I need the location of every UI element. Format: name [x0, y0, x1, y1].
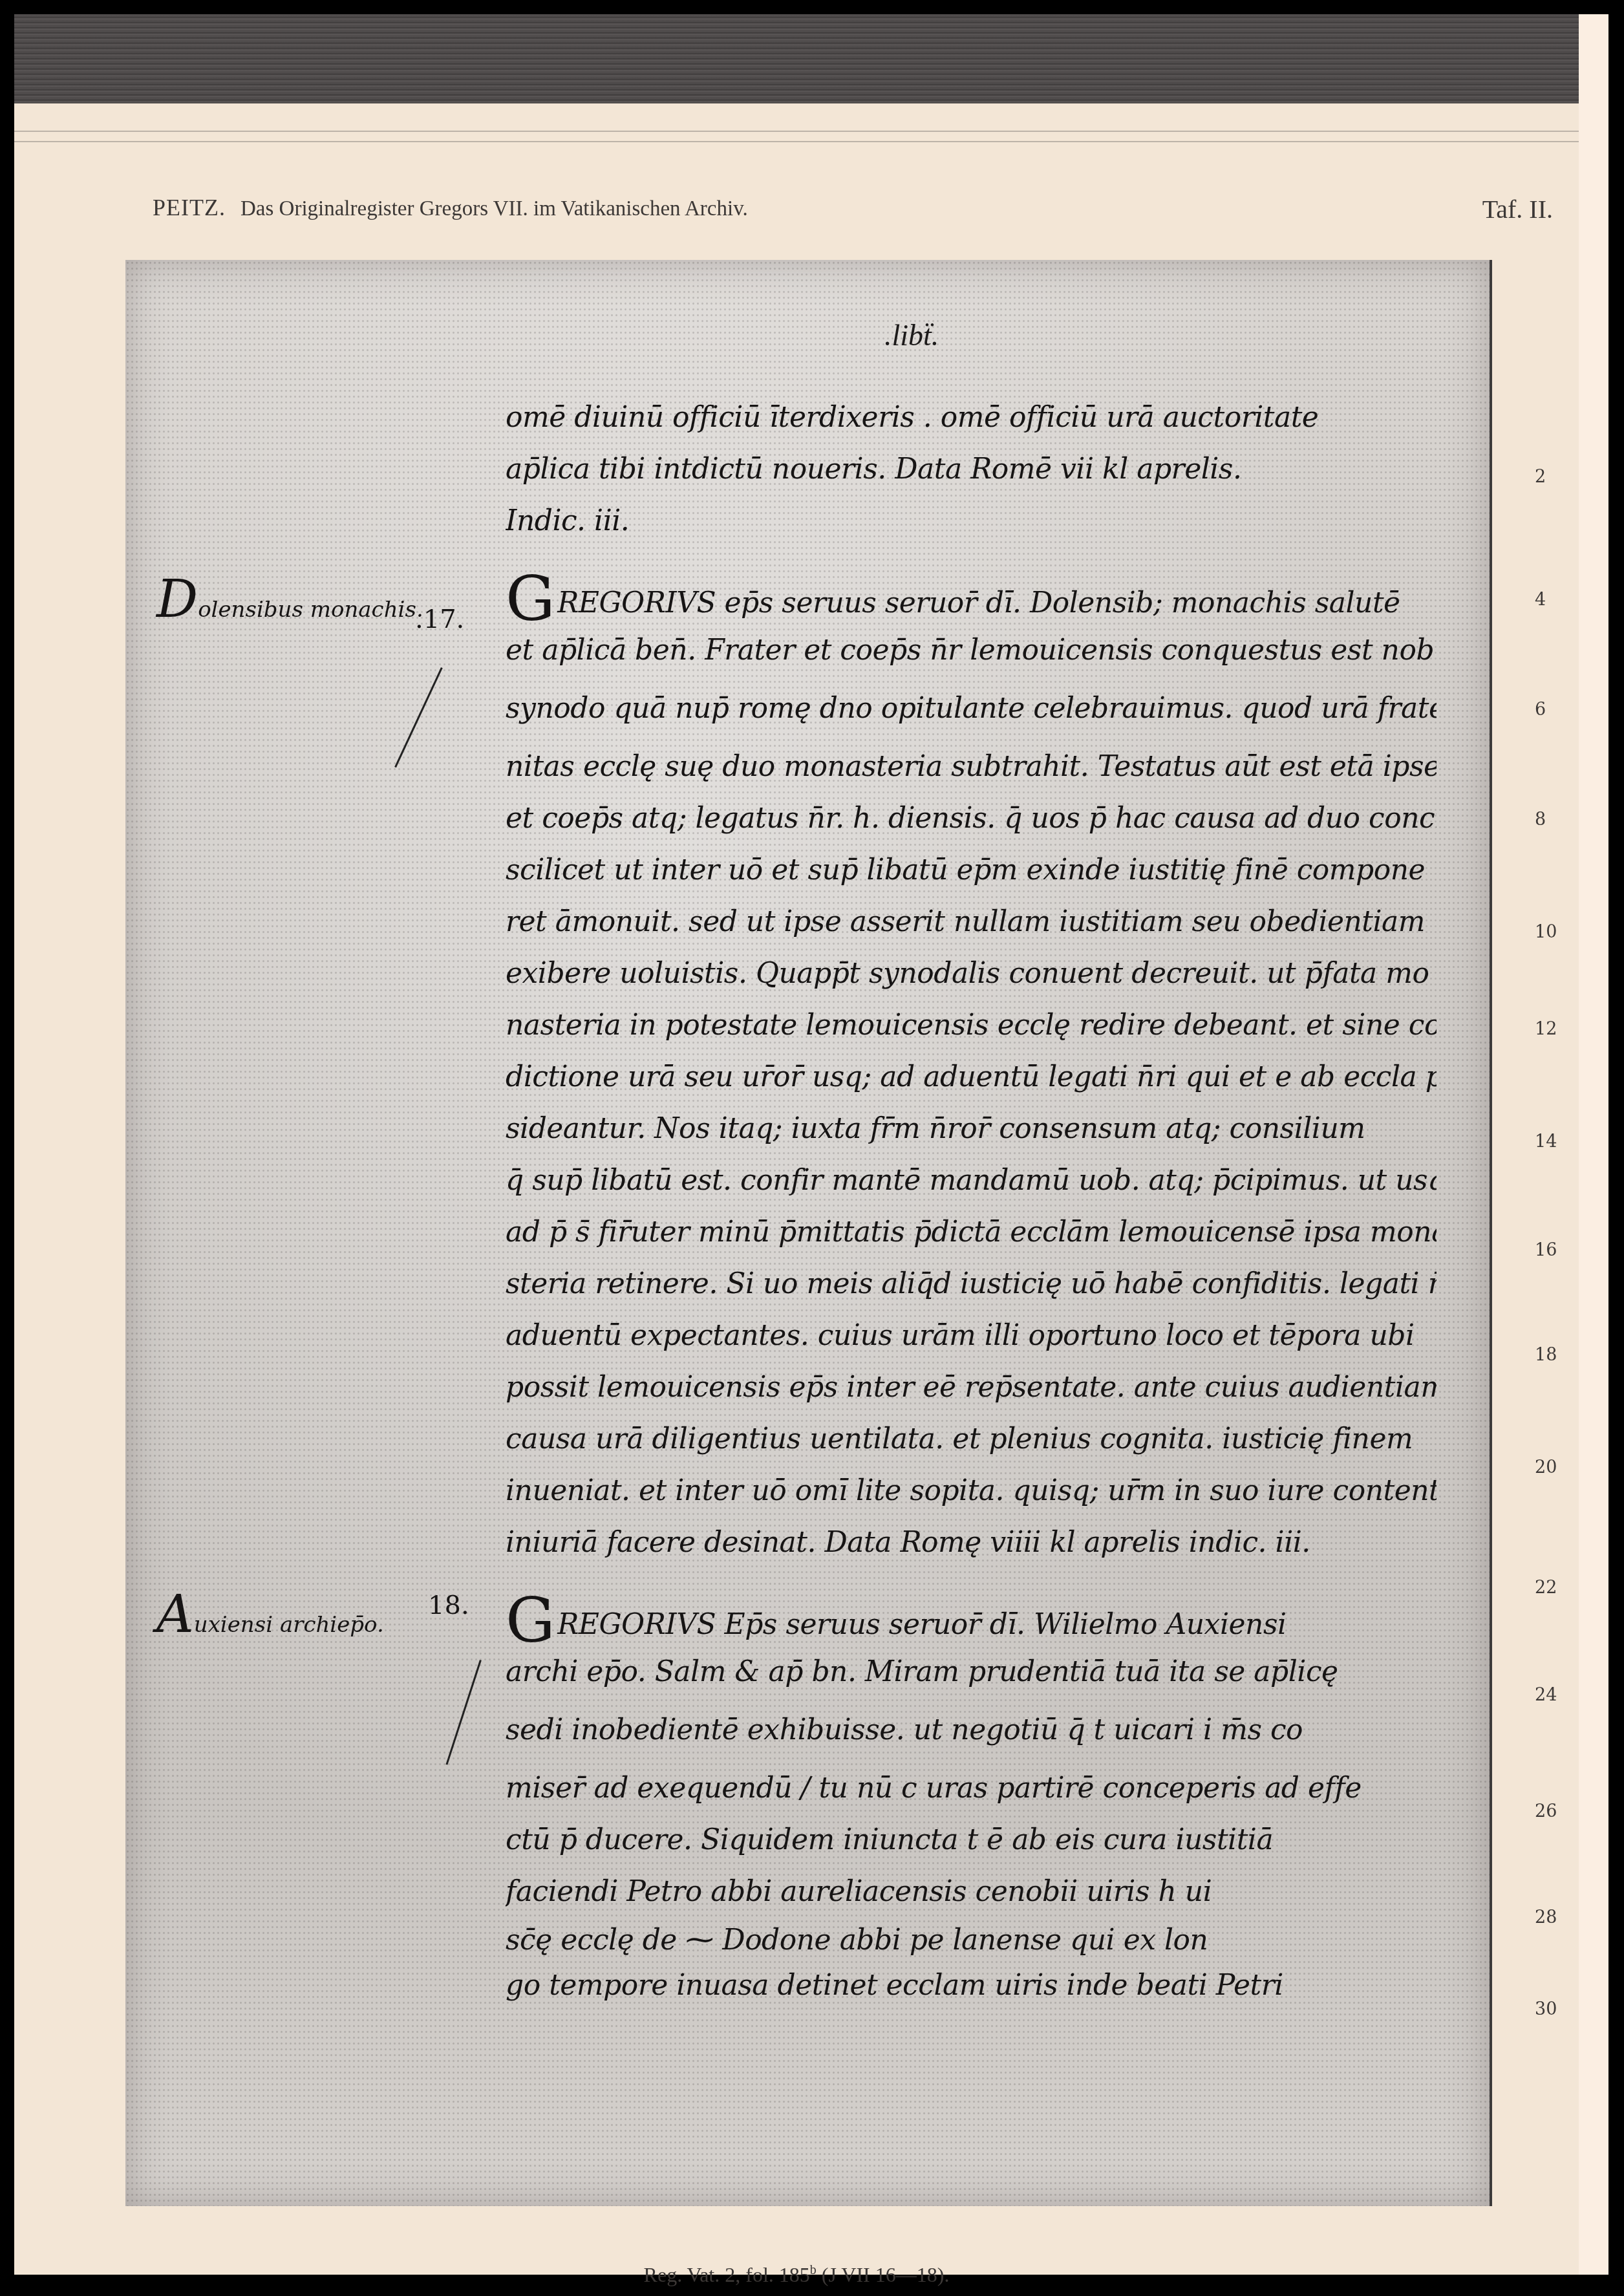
line-number: 20: [1535, 1457, 1557, 1477]
manuscript-line-text: sideantur. Nos itaq; iuxta fr̄m n̄ror̄ c…: [506, 1112, 1365, 1145]
margin-rubric: Auxiensi archiep̄o.: [156, 1584, 384, 1644]
manuscript-line: nasteria in potestate lemouicensis eccl̄…: [506, 1009, 1437, 1042]
manuscript-line-text: et coep̄s atq; legatus n̄r. h. diensis. …: [506, 802, 1437, 835]
manuscript-line-text: REGORIVS ep̄s seruus seruor̄ dī. Dolens…: [557, 586, 1400, 619]
manuscript-line: archi ep̄o. Sal̄m & ap̄ b̄n. Miram prude…: [506, 1655, 1437, 1688]
plate-header: PEITZ. Das Originalregister Gregors VII.…: [153, 194, 1553, 226]
manuscript-line-text: q̄ sup̄ libatū est. confir mantē mandam…: [506, 1164, 1437, 1197]
manuscript-line: omē diuinū officiū īterdixeris . omē …: [506, 401, 1437, 434]
line-number: 12: [1535, 1019, 1557, 1039]
manuscript-line: ctū p̄ ducere. Siquidem iniuncta t̄ ē ab…: [506, 1823, 1437, 1856]
caption-ref: (J VII 16—18).: [817, 2263, 950, 2286]
caption-text: Reg. Vat. 2, fol. 185: [644, 2263, 810, 2286]
letter-number: 18.: [428, 1591, 469, 1620]
plate-caption: Reg. Vat. 2, fol. 185b (J VII 16—18).: [14, 2263, 1579, 2287]
manuscript-line-text: go tempore inuasa detinet ecclam uiris i…: [506, 1969, 1283, 2002]
manuscript-line: et ap̄licā ben̄. Frater et coep̄s n̄r l…: [506, 634, 1437, 667]
manuscript-line: sedi inobedientē exhibuisse. ut negotiū …: [506, 1713, 1437, 1746]
manuscript-line: causa urā diligentius uentilata. et plen…: [506, 1422, 1437, 1455]
manuscript-line: sc̄ę eccl̄ę de ⁓ Dodone abbi pe lanense …: [506, 1924, 1437, 1957]
manuscript-line-text: sedi inobedientē exhibuisse. ut negotiū …: [506, 1713, 1303, 1746]
manuscript-line-text: REGORIVS Ep̄s seruus seruor̄ dī. Wiliel…: [557, 1608, 1286, 1641]
manuscript-line: go tempore inuasa detinet ecclam uiris i…: [506, 1969, 1437, 2002]
manuscript-line: iniuriā facere desinat. Data Romę viiii …: [506, 1526, 1437, 1559]
manuscript-line-text: exibere uoluistis. Quapp̄t synodalis con…: [506, 957, 1429, 990]
manuscript-line: miser̄ ad exequendū / tu nū c uras parti…: [506, 1772, 1437, 1805]
manuscript-line-text: sc̄ę eccl̄ę de ⁓ Dodone abbi pe lanense …: [506, 1924, 1208, 1957]
line-number: 30: [1535, 1999, 1557, 2019]
manuscript-line-text: nitas eccl̄ę suę duo monasteria subtrahi…: [506, 750, 1437, 783]
folio-heading: .libẗ.: [884, 318, 939, 352]
manuscript-line: faciendi Petro abbi aureliacensis cenobi…: [506, 1875, 1437, 1908]
letter-number: .17.: [415, 605, 464, 634]
line-number: 8: [1535, 810, 1546, 830]
manuscript-line: dictione urā seu ur̄or̄ usq; ad aduentū …: [506, 1060, 1437, 1093]
decorated-initial: G: [506, 1584, 555, 1657]
line-number: 10: [1535, 922, 1557, 942]
rubric-text: uxiensi archiep̄o.: [194, 1612, 384, 1638]
decorated-initial: G: [506, 563, 555, 635]
manuscript-line-text: ctū p̄ ducere. Siquidem iniuncta t̄ ē ab…: [506, 1823, 1273, 1856]
line-number: 14: [1535, 1132, 1557, 1152]
manuscript-line: et coep̄s atq; legatus n̄r. h. diensis. …: [506, 802, 1437, 835]
manuscript-line: exibere uoluistis. Quapp̄t synodalis con…: [506, 957, 1437, 990]
line-number: 26: [1535, 1801, 1557, 1821]
manuscript-line: GREGORIVS ep̄s seruus seruor̄ dī. Dolen…: [506, 563, 1437, 635]
manuscript-line: steria retinere. Si uo meis aliq̄d iusti…: [506, 1267, 1437, 1300]
manuscript-line-text: scilicet ut inter uō et sup̄ libatū ep̄…: [506, 853, 1425, 886]
page-right-edge: [1579, 14, 1608, 2275]
manuscript-line-text: Indic. iii.: [506, 504, 629, 537]
scan-top-band: [14, 14, 1579, 103]
manuscript-line: aduentū expectantes. cuius urām illi opo…: [506, 1319, 1437, 1352]
header-title: Das Originalregister Gregors VII. im Vat…: [240, 197, 748, 220]
manuscript-line: ad p̄ s̄ fir̄uter minū p̄mittatis p̄dict…: [506, 1216, 1437, 1249]
manuscript-line-text: possit lemouicensis ep̄s inter eē rep̄se…: [506, 1371, 1437, 1404]
caption-sup: b: [810, 2263, 817, 2277]
manuscript-line: ap̄lica tibi int̄dictū noueris. Data Ro…: [506, 453, 1437, 486]
manuscript-line-text: ret āmonuit. sed ut ipse asserit nullam…: [506, 905, 1425, 938]
manuscript-line-text: inueniat. et inter uō omī lite sopita.…: [506, 1474, 1437, 1507]
line-number: 18: [1535, 1345, 1557, 1365]
manuscript-line-text: steria retinere. Si uo meis aliq̄d iusti…: [506, 1267, 1437, 1300]
plate-number: Taf. II.: [1482, 194, 1553, 224]
line-number: 16: [1535, 1240, 1557, 1260]
line-number: 24: [1535, 1685, 1557, 1705]
manuscript-line: inueniat. et inter uō omī lite sopita.…: [506, 1474, 1437, 1507]
manuscript-line-text: dictione urā seu ur̄or̄ usq; ad aduentū …: [506, 1060, 1437, 1093]
manuscript-line: Indic. iii.: [506, 504, 1437, 537]
manuscript-line: scilicet ut inter uō et sup̄ libatū ep̄…: [506, 853, 1437, 886]
plate-page: PEITZ. Das Originalregister Gregors VII.…: [14, 14, 1579, 2275]
manuscript-line-text: causa urā diligentius uentilata. et plen…: [506, 1422, 1413, 1455]
manuscript-line-text: omē diuinū officiū īterdixeris . omē …: [506, 401, 1318, 434]
manuscript-line-text: miser̄ ad exequendū / tu nū c uras parti…: [506, 1772, 1362, 1805]
margin-rubric: Dolensibus monachis.: [156, 569, 423, 629]
manuscript-line-text: iniuriā facere desinat. Data Romę viiii …: [506, 1526, 1310, 1559]
manuscript-line-text: synodo quā nup̄ romę d̄no opitulante cel…: [506, 692, 1437, 725]
manuscript-line-text: archi ep̄o. Sal̄m & ap̄ b̄n. Miram prude…: [506, 1655, 1338, 1688]
line-number: 28: [1535, 1907, 1557, 1927]
manuscript-line-text: ap̄lica tibi int̄dictū noueris. Data Ro…: [506, 453, 1241, 486]
rubric-capital: A: [156, 1584, 194, 1644]
manuscript-line-text: et ap̄licā ben̄. Frater et coep̄s n̄r l…: [506, 634, 1437, 667]
manuscript-line: ret āmonuit. sed ut ipse asserit nullam…: [506, 905, 1437, 938]
manuscript-line: q̄ sup̄ libatū est. confir mantē mandam…: [506, 1164, 1437, 1197]
manuscript-line: synodo quā nup̄ romę d̄no opitulante cel…: [506, 692, 1437, 725]
manuscript-line-text: aduentū expectantes. cuius urām illi opo…: [506, 1319, 1415, 1352]
manuscript-line-text: nasteria in potestate lemouicensis eccl̄…: [506, 1009, 1437, 1042]
manuscript-line: GREGORIVS Ep̄s seruus seruor̄ dī. Wilie…: [506, 1584, 1437, 1657]
manuscript-line: sideantur. Nos itaq; iuxta fr̄m n̄ror̄ c…: [506, 1112, 1437, 1145]
manuscript-line: nitas eccl̄ę suę duo monasteria subtrahi…: [506, 750, 1437, 783]
line-number: 2: [1535, 467, 1546, 487]
manuscript-line-text: ad p̄ s̄ fir̄uter minū p̄mittatis p̄dict…: [506, 1216, 1437, 1249]
rubric-text: olensibus monachis.: [198, 597, 423, 623]
line-number: 22: [1535, 1578, 1557, 1598]
manuscript-line: possit lemouicensis ep̄s inter eē rep̄se…: [506, 1371, 1437, 1404]
manuscript-line-text: faciendi Petro abbi aureliacensis cenobi…: [506, 1875, 1212, 1908]
header-author: PEITZ.: [153, 195, 226, 220]
rubric-capital: D: [156, 569, 198, 629]
line-number: 6: [1535, 700, 1546, 720]
scan-artifact-lines: [14, 131, 1579, 142]
line-number: 4: [1535, 590, 1546, 610]
